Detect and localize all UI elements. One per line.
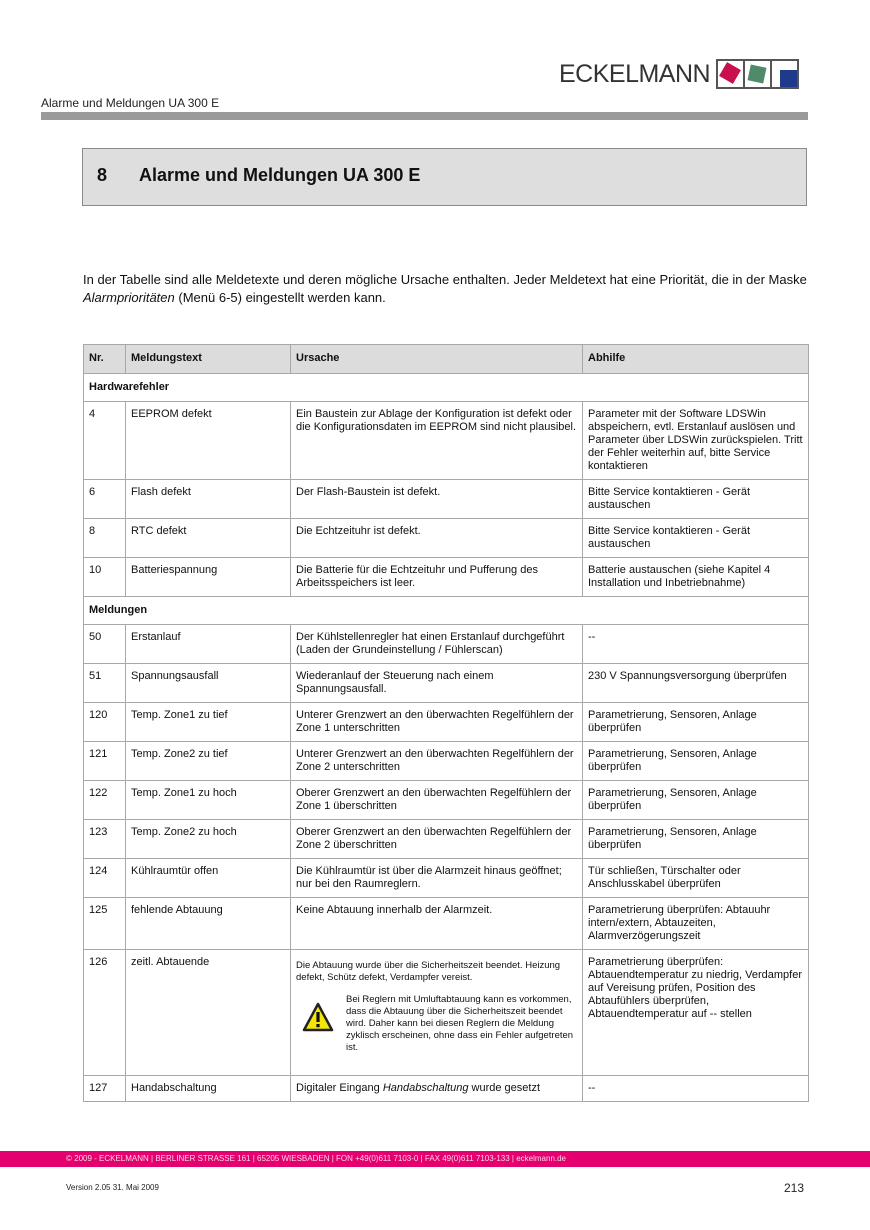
cause-with-note: Die Abtauung wurde über die Sicherheitsz… [291,950,583,1076]
warning-triangle-icon [296,994,346,1054]
table-row: 120 Temp. Zone1 zu tief Unterer Grenzwer… [84,703,809,742]
column-header-cause: Ursache [291,345,583,374]
eckelmann-logo: ECKELMANN [559,58,799,90]
table-row: 51 Spannungsausfall Wiederanlauf der Ste… [84,664,809,703]
table-row: 10 Batteriespannung Die Batterie für die… [84,558,809,597]
running-header-title: Alarme und Meldungen UA 300 E [41,96,219,110]
footer-contact-text: © 2009 - ECKELMANN | BERLINER STRASSE 16… [66,1151,566,1167]
table-row: 121 Temp. Zone2 zu tief Unterer Grenzwer… [84,742,809,781]
table-row: 6 Flash defekt Der Flash-Baustein ist de… [84,480,809,519]
table-row: 126 zeitl. Abtauende Die Abtauung wurde … [84,950,809,1076]
table-row: 123 Temp. Zone2 zu hoch Oberer Grenzwert… [84,820,809,859]
footer-contact-bar: © 2009 - ECKELMANN | BERLINER STRASSE 16… [0,1151,870,1167]
table-row: 4 EEPROM defekt Ein Baustein zur Ablage … [84,402,809,480]
version-date: Version 2.05 31. Mai 2009 [66,1183,159,1192]
table-row: 127 Handabschaltung Digitaler Eingang Ha… [84,1076,809,1102]
table-row: 122 Temp. Zone1 zu hoch Oberer Grenzwert… [84,781,809,820]
table-row: 50 Erstanlauf Der Kühlstellenregler hat … [84,625,809,664]
alarm-table: Nr. Meldungstext Ursache Abhilfe Hardwar… [83,344,809,1102]
intro-paragraph: In der Tabelle sind alle Meldetexte und … [83,271,808,307]
header-divider [41,112,808,120]
menu-reference: Alarmprioritäten [83,290,175,305]
section-row-meldungen: Meldungen [84,597,809,625]
warning-note: Bei Reglern mit Umluftabtauung kann es v… [296,994,578,1054]
column-header-message: Meldungstext [126,345,291,374]
table-row: 124 Kühlraumtür offen Die Kühlraumtür is… [84,859,809,898]
table-row: 125 fehlende Abtauung Keine Abtauung inn… [84,898,809,950]
brand-name: ECKELMANN [559,60,710,89]
column-header-remedy: Abhilfe [583,345,809,374]
chapter-number: 8 [97,165,107,186]
table-header-row: Nr. Meldungstext Ursache Abhilfe [84,345,809,374]
table-row: 8 RTC defekt Die Echtzeituhr ist defekt.… [84,519,809,558]
page-number: 213 [784,1181,804,1195]
column-header-nr: Nr. [84,345,126,374]
chapter-title: Alarme und Meldungen UA 300 E [139,165,420,186]
section-row-hardwarefehler: Hardwarefehler [84,374,809,402]
chapter-heading: 8 Alarme und Meldungen UA 300 E [82,148,807,206]
logo-squares-icon [716,59,799,89]
